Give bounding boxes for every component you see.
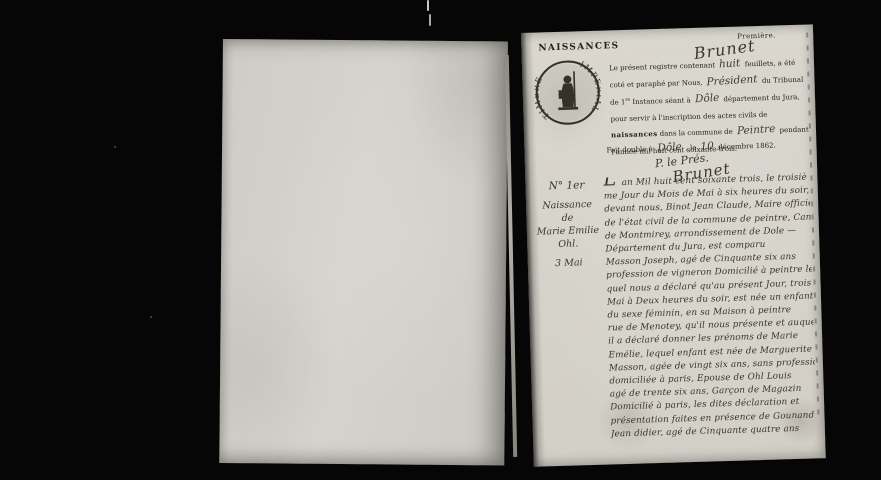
fait-double-city-manuscript: Dôle [657, 147, 681, 149]
page-gutter-edge [505, 55, 517, 457]
register-right-page: NAISSANCES Première. Brunet TIMBRE IMPÉR… [521, 24, 826, 466]
section-title: NAISSANCES [538, 41, 619, 53]
act-margin-line: Marie Emilie [533, 224, 603, 239]
feuillets-count-manuscript: huit [719, 63, 740, 64]
officer-manuscript: Président [707, 79, 758, 82]
fait-double-text: décembre 1862. [718, 141, 776, 151]
fait-double-day-manuscript: 10 [701, 146, 714, 147]
fait-double-text: , le [685, 144, 696, 152]
act-margin-note: N° 1er Naissance de Marie Emilie Ohl. 3 … [531, 179, 604, 271]
timbre-imperial-stamp: TIMBRE IMPÉRIAL [534, 58, 602, 128]
statement-text: dans la commune de [660, 128, 733, 138]
fait-double-text: Fait double à [606, 145, 653, 154]
blank-left-page [219, 39, 508, 465]
acte-type-label: naissances [611, 129, 658, 139]
act-body-text: L'an Mil huit cent soixante trois, le tr… [603, 172, 817, 450]
commune-manuscript: Peintre [737, 129, 775, 131]
act-margin-line: Naissance [532, 198, 602, 213]
ordinal-superscript: re [625, 98, 630, 103]
tribunal-city-manuscript: Dôle [695, 98, 719, 100]
statement-text: Le présent registre contenant [609, 61, 715, 72]
act-margin-date: 3 Mai [534, 256, 604, 271]
film-scratch [427, 0, 429, 11]
statement-text: Instance séant à [632, 96, 690, 106]
microfilm-register-scan: NAISSANCES Première. Brunet TIMBRE IMPÉR… [0, 0, 881, 480]
act-margin-line: Ohl. [533, 237, 603, 252]
dust-speck [150, 316, 152, 318]
dust-speck [114, 146, 116, 148]
act-number: N° 1er [531, 179, 601, 194]
film-scratch [429, 14, 431, 26]
